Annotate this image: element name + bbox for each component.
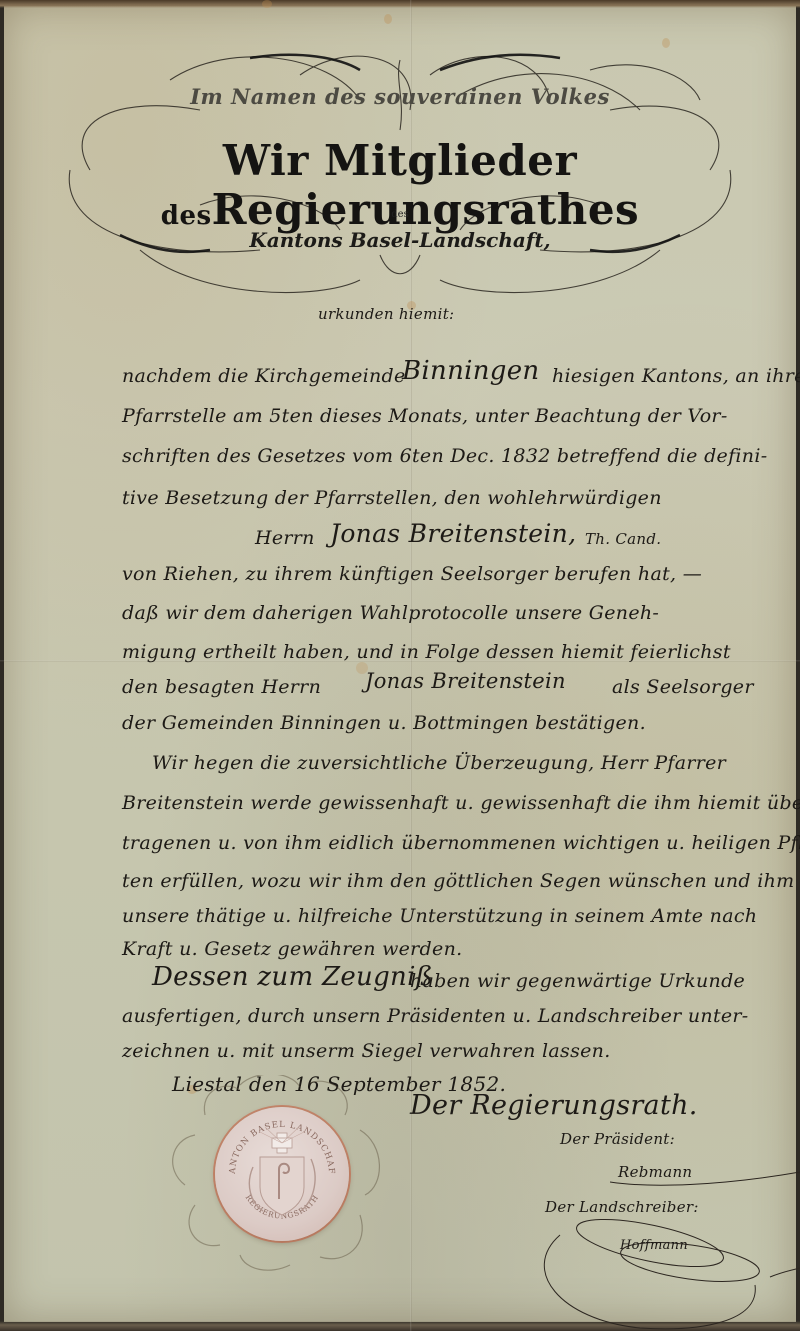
testimony-opening: Dessen zum Zeugniß [152, 962, 433, 992]
header-canton: Kantons Basel-Landschaft, [0, 228, 800, 252]
header-invocation: Im Namen des souverainen Volkes [0, 84, 800, 109]
foxing-stain [662, 38, 670, 48]
parish-name: Binningen [402, 356, 539, 386]
body-line-6: daß wir dem daherigen Wahlprotocolle uns… [122, 602, 659, 624]
body-line-18: zeichnen u. mit unserm Siegel verwahren … [122, 1040, 611, 1062]
seal-emblem: CANTON BASEL LANDSCHAFT REGIERUNGSRATH [215, 1107, 349, 1241]
seal-disc: CANTON BASEL LANDSCHAFT REGIERUNGSRATH [215, 1107, 349, 1241]
foxing-stain [262, 0, 272, 8]
foxing-stain [384, 14, 392, 24]
intro-line: urkunden hiemit: [318, 305, 454, 323]
body-line-3: schriften des Gesetzes vom 6ten Dec. 183… [122, 445, 767, 467]
candidate-name: Jonas Breitenstein, [330, 519, 576, 548]
body-line-2: Pfarrstelle am 5ten dieses Monats, unter… [122, 405, 728, 427]
president-label: Der Präsident: [560, 1130, 675, 1148]
candidate-salutation: Herrn [255, 527, 315, 549]
candidate-title: Th. Cand. [585, 530, 661, 548]
body-line-16: haben wir gegenwärtige Urkunde [410, 970, 745, 992]
body-line-9: der Gemeinden Binningen u. Bottmingen be… [122, 712, 646, 734]
body-line-8b: als Seelsorger [612, 676, 754, 698]
body-line-5: von Riehen, zu ihrem künftigen Seelsorge… [122, 563, 702, 585]
body-line-12: tragenen u. von ihm eidlich übernommenen… [122, 832, 800, 854]
president-signature-flourish [610, 1170, 800, 1190]
body-line-14: unsere thätige u. hilfreiche Unterstützu… [122, 905, 757, 927]
candidate-name-repeat: Jonas Breitenstein [365, 669, 566, 693]
header-title-part1: Wir Mitglieder [223, 136, 577, 185]
shield-icon [260, 1157, 304, 1215]
body-line-7: migung ertheilt haben, und in Folge dess… [122, 641, 731, 663]
embossed-seal: CANTON BASEL LANDSCHAFT REGIERUNGSRATH [160, 1075, 390, 1275]
body-line-11: Breitenstein werde gewissenhaft u. gewis… [122, 792, 800, 814]
clerk-signature: Hoffmann [620, 1238, 688, 1253]
body-line-1a: nachdem die Kirchgemeinde [122, 365, 406, 387]
body-line-1b: hiesigen Kantons, an ihre [552, 365, 800, 387]
header-des: des [0, 209, 800, 220]
body-line-10: Wir hegen die zuversichtliche Überzeugun… [152, 752, 726, 774]
clerk-signature-flourish [520, 1210, 800, 1331]
body-line-13: ten erfüllen, wozu wir ihm den göttliche… [122, 870, 794, 892]
body-line-15: Kraft u. Gesetz gewähren werden. [122, 938, 462, 960]
paper-top-edge [0, 0, 800, 8]
body-line-8a: den besagten Herrn [122, 676, 321, 698]
body-line-17: ausfertigen, durch unsern Präsidenten u.… [122, 1005, 749, 1027]
body-line-4: tive Besetzung der Pfarrstellen, den woh… [122, 487, 662, 509]
authority-name: Der Regierungsrath. [410, 1090, 698, 1121]
